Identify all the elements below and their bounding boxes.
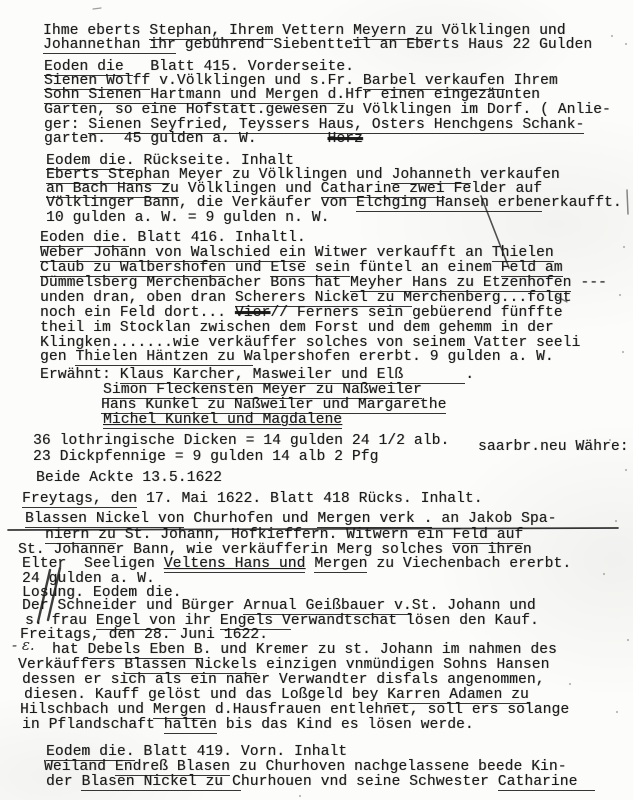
text-segment: gebührend Siebentteil an Eberts Haus 22 … [176,38,592,53]
document-page: Ihme eberts Stephan, Ihrem Vettern Meyer… [0,0,633,800]
text-segment: Witwer verkaufft an [306,246,492,261]
handwritten-epsilon-note: - ε. [12,636,35,654]
text-segment: Erwähnt: [40,368,120,383]
text-line: 23 Dickpfennige = 9 gulden 14 alb 2 Pfg [33,450,378,465]
text-segment: und [226,261,270,276]
text-line: Freytags, den 17. Mai 1622. Blatt 418 Rü… [22,492,483,508]
scan-speck [603,573,605,575]
text-line: noch ein Feld dort... Vier// Ferners sei… [40,306,563,321]
scan-speck [623,246,625,248]
underlined-text: Blasen Nickel zu C [81,775,240,791]
text-line: Michel Kunkel und Magdalene [103,413,342,429]
scan-speck [611,35,613,37]
text-segment: erchenberg...folgt [412,291,571,306]
text-line: in Pflandschaft halten bis das Kind es l… [22,718,474,734]
text-segment: . und Kremer zu st. Johann im nahmen des [203,643,557,658]
text-line: Beide Ackte 13.5.1622 [36,471,222,486]
text-segment: einzigen vnmündigen Sohns Hansen [257,658,549,673]
text-line: dessen er sich als ein naher Verwandter … [22,673,545,688]
text-segment: zu Churhoven nachgelassene beede Kin- [230,760,567,775]
text-segment: garten. 45 gulden a. W. [44,132,257,147]
text-segment [257,132,328,147]
text-segment: erkaufft. [542,196,622,211]
scan-speck [622,351,624,353]
struck-text: Herz [327,132,362,147]
text-segment: . [465,368,474,383]
top-left-dash [93,8,101,9]
text-segment: erwandtschat lösen den Kauf. [291,614,539,629]
scan-speck [627,639,629,641]
text-segment: an Jakob Spa- [432,512,556,527]
text-segment: Verkäuffers [18,658,124,673]
text-line: Blassen Nickel von Churhofen und Mergen … [25,512,557,528]
text-segment: Beide Ackte 13.5.1622 [36,471,222,486]
underlined-text: halten [164,718,217,734]
text-segment: 17. Mai 1622. Blatt 418 Rücks. Inhalt. [137,492,482,507]
text-line: Garten, so eine Hofstatt.gewesen zu Völk… [44,103,611,118]
text-segment: Blatt 416. Inhaltl. [129,231,306,246]
underlined-text: Blassen Nickel von [25,512,184,528]
underlined-text: Freytags, den [22,492,137,508]
text-segment: füntel an einem [350,261,501,276]
text-line: 10 gulden a. W. = 9 gulden n. W. [46,211,329,226]
text-segment: Völklinger Bann, die Verkäufer von [46,196,356,211]
text-segment: Dümmelsberg Merchenbacher Bons hat [40,276,350,291]
text-segment: zu Viechenbach ererbt. [367,557,571,572]
scan-speck [625,43,627,45]
text-segment [305,557,314,572]
underlined-text: Thielen Häntzen zu W [75,350,252,366]
text-segment: Freitags, den 28. Juni 1622. [20,628,268,643]
underlined-text: Johannethan ihr [43,38,176,54]
text-segment: Hfr einen eingezäunten [345,88,540,103]
text-segment: // Ferners sein gebüerend fünffte [270,306,562,321]
text-segment: der [46,775,81,790]
underlined-text: Elchging Hansen erben [356,196,542,212]
text-segment: gen [40,350,75,365]
text-line: gen Thielen Häntzen zu Walpershofen erer… [40,350,554,366]
text-segment: 36 lothringische Dicken = 14 gulden 24 1… [33,434,449,449]
text-line: garten. 45 gulden a. W. Herz [44,132,363,147]
underlined-text: Veltens Hans und [164,557,306,573]
text-segment: St. Johann, Hofkieffern. Witwern ein [116,528,453,543]
text-segment: theil im Stocklan zwischen dem Forst und… [40,321,554,336]
text-segment: Weiland [44,760,115,775]
text-segment: 23 Dickpfennige = 9 gulden 14 alb 2 Pfg [33,450,378,465]
text-line: der Blasen Nickel zu Churhouen vnd seine… [46,775,595,791]
text-segment: Churhofen und [184,512,317,527]
text-segment: Garten, so eine Hofstatt.gewesen zu Völk… [44,103,611,118]
text-segment: unden dran, oben dran [40,291,235,306]
text-segment: Elter Seeligen [22,557,164,572]
text-line: saarbr.neu Währe: [478,440,629,455]
scan-speck [619,294,621,296]
text-segment: alpershofen ererbt. 9 gulden a. W. [253,350,554,365]
struck-text: Vier [235,306,270,321]
text-segment: Hilschbach und [20,703,153,718]
text-segment: diesen. Kauff gelöst und das Loßgeld bey [24,688,387,703]
scan-speck [615,520,617,522]
text-segment: St. Johann und [412,599,536,614]
text-segment: in Pflandschaft [22,718,164,733]
text-segment: d.Hausfrauen entlehnet, soll ers solange [206,703,569,718]
scan-speck [616,711,618,713]
scan-speck [569,683,571,685]
text-segment: Blatt 419. Vorn. Inhalt [135,745,348,760]
text-line: theil im Stocklan zwischen dem Forst und… [40,321,554,336]
text-segment: dessen er sich als ein naher Verwandter … [22,673,545,688]
text-segment: hat [52,643,87,658]
text-line: Freitags, den 28. Juni 1622. [20,628,268,643]
text-segment: 10 gulden a. W. = 9 gulden n. W. [46,211,329,226]
text-segment: hurhouen vnd seine Schwester [241,775,498,790]
text-segment: saarbr.neu Währe: [478,440,629,455]
text-segment: --- [571,276,606,291]
underlined-text: Mergen [314,557,367,573]
right-edge-tick [627,190,628,214]
underlined-text: Catharine [498,775,595,791]
text-segment: bis das Kind es lösen werde. [217,718,474,733]
text-line: Johannethan ihr gebührend Siebentteil an… [43,38,592,54]
text-line: 36 lothringische Dicken = 14 gulden 24 1… [33,434,449,449]
underlined-text: Michel Kunkel und Magdalene [103,413,342,429]
text-segment: noch ein Feld dort... [40,306,235,321]
scan-speck [625,469,627,471]
scan-speck [299,795,301,797]
text-segment: Der Schneider und Bürger [22,599,243,614]
underlined-text: Mergen verk . [317,512,432,528]
